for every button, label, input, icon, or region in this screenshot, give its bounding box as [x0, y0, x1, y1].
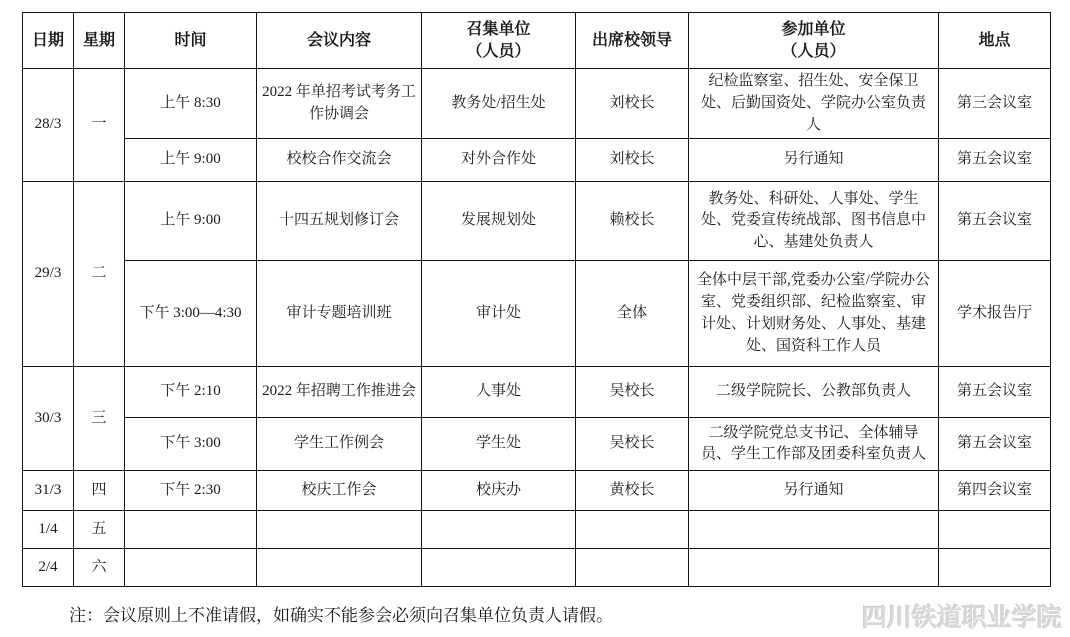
- cell-week: 四: [74, 471, 125, 511]
- cell-time: 上午 9:00: [125, 182, 257, 261]
- cell-week: 三: [74, 367, 125, 471]
- cell-participants: 二级学院党总支书记、全体辅导员、学生工作部及团委科室负责人: [689, 418, 939, 471]
- cell-meeting-content: 审计专题培训班: [257, 261, 422, 367]
- cell-convener: 对外合作处: [422, 139, 576, 182]
- cell-meeting-content: [257, 549, 422, 587]
- cell-meeting-content: 校校合作交流会: [257, 139, 422, 182]
- cell-participants: [689, 549, 939, 587]
- header-row: 日期 星期 时间 会议内容 召集单位 （人员） 出席校领导 参加单位 （人员） …: [23, 13, 1051, 69]
- cell-participants: 另行通知: [689, 471, 939, 511]
- cell-time: [125, 511, 257, 549]
- cell-leader: [576, 549, 689, 587]
- footnote: 注：会议原则上不准请假，如确实不能参会必须向召集单位负责人请假。: [69, 601, 613, 626]
- column-header-location: 地点: [939, 13, 1051, 69]
- table-row: 2/4 六: [23, 549, 1051, 587]
- cell-convener: 学生处: [422, 418, 576, 471]
- table-row: 29/3 二 上午 9:00 十四五规划修订会 发展规划处 赖校长 教务处、科研…: [23, 182, 1051, 261]
- cell-leader: 全体: [576, 261, 689, 367]
- column-header-date: 日期: [23, 13, 74, 69]
- cell-convener: [422, 549, 576, 587]
- cell-date: 30/3: [23, 367, 74, 471]
- cell-participants: 另行通知: [689, 139, 939, 182]
- cell-convener: 教务处/招生处: [422, 69, 576, 139]
- cell-leader: 吴校长: [576, 418, 689, 471]
- cell-meeting-content: 2022 年招聘工作推进会: [257, 367, 422, 418]
- cell-time: 下午 2:10: [125, 367, 257, 418]
- cell-convener: [422, 511, 576, 549]
- schedule-table-container: 日期 星期 时间 会议内容 召集单位 （人员） 出席校领导 参加单位 （人员） …: [22, 12, 1051, 587]
- meeting-schedule-page: 日期 星期 时间 会议内容 召集单位 （人员） 出席校领导 参加单位 （人员） …: [0, 0, 1070, 637]
- cell-leader: 刘校长: [576, 139, 689, 182]
- table-row: 30/3 三 下午 2:10 2022 年招聘工作推进会 人事处 吴校长 二级学…: [23, 367, 1051, 418]
- table-row: 1/4 五: [23, 511, 1051, 549]
- cell-leader: [576, 511, 689, 549]
- cell-meeting-content: 2022 年单招考试考务工作协调会: [257, 69, 422, 139]
- cell-leader: 赖校长: [576, 182, 689, 261]
- cell-convener: 人事处: [422, 367, 576, 418]
- cell-location: [939, 511, 1051, 549]
- cell-time: 上午 8:30: [125, 69, 257, 139]
- column-header-time: 时间: [125, 13, 257, 69]
- column-header-leader: 出席校领导: [576, 13, 689, 69]
- cell-convener: 校庆办: [422, 471, 576, 511]
- cell-participants: [689, 511, 939, 549]
- cell-week: 二: [74, 182, 125, 367]
- cell-meeting-content: 校庆工作会: [257, 471, 422, 511]
- table-row: 下午 3:00 学生工作例会 学生处 吴校长 二级学院党总支书记、全体辅导员、学…: [23, 418, 1051, 471]
- cell-location: 第五会议室: [939, 418, 1051, 471]
- cell-leader: 黄校长: [576, 471, 689, 511]
- cell-week: 六: [74, 549, 125, 587]
- cell-date: 29/3: [23, 182, 74, 367]
- column-header-convener: 召集单位 （人员）: [422, 13, 576, 69]
- cell-participants: 教务处、科研处、人事处、学生处、党委宣传统战部、图书信息中心、基建处负责人: [689, 182, 939, 261]
- cell-date: 2/4: [23, 549, 74, 587]
- column-header-week: 星期: [74, 13, 125, 69]
- column-header-content: 会议内容: [257, 13, 422, 69]
- cell-convener: 发展规划处: [422, 182, 576, 261]
- cell-location: 第五会议室: [939, 139, 1051, 182]
- watermark: 四川铁道职业学院: [862, 598, 1062, 634]
- cell-location: 第五会议室: [939, 367, 1051, 418]
- cell-time: 下午 2:30: [125, 471, 257, 511]
- cell-week: 五: [74, 511, 125, 549]
- cell-location: 第三会议室: [939, 69, 1051, 139]
- cell-date: 31/3: [23, 471, 74, 511]
- cell-meeting-content: 十四五规划修订会: [257, 182, 422, 261]
- cell-location: 第四会议室: [939, 471, 1051, 511]
- cell-location: 第五会议室: [939, 182, 1051, 261]
- cell-convener: 审计处: [422, 261, 576, 367]
- cell-meeting-content: 学生工作例会: [257, 418, 422, 471]
- cell-location: [939, 549, 1051, 587]
- table-row: 31/3 四 下午 2:30 校庆工作会 校庆办 黄校长 另行通知 第四会议室: [23, 471, 1051, 511]
- cell-time: 下午 3:00: [125, 418, 257, 471]
- cell-time: 上午 9:00: [125, 139, 257, 182]
- cell-meeting-content: [257, 511, 422, 549]
- cell-location: 学术报告厅: [939, 261, 1051, 367]
- meeting-schedule-table: 日期 星期 时间 会议内容 召集单位 （人员） 出席校领导 参加单位 （人员） …: [22, 12, 1051, 587]
- cell-date: 1/4: [23, 511, 74, 549]
- cell-week: 一: [74, 69, 125, 182]
- cell-leader: 刘校长: [576, 69, 689, 139]
- cell-participants: 全体中层干部,党委办公室/学院办公室、党委组织部、纪检监察室、审计处、计划财务处…: [689, 261, 939, 367]
- table-row: 上午 9:00 校校合作交流会 对外合作处 刘校长 另行通知 第五会议室: [23, 139, 1051, 182]
- table-row: 下午 3:00—4:30 审计专题培训班 审计处 全体 全体中层干部,党委办公室…: [23, 261, 1051, 367]
- cell-leader: 吴校长: [576, 367, 689, 418]
- cell-date: 28/3: [23, 69, 74, 182]
- column-header-participants: 参加单位 （人员）: [689, 13, 939, 69]
- cell-time: 下午 3:00—4:30: [125, 261, 257, 367]
- cell-participants: 二级学院院长、公教部负责人: [689, 367, 939, 418]
- table-row: 28/3 一 上午 8:30 2022 年单招考试考务工作协调会 教务处/招生处…: [23, 69, 1051, 139]
- cell-time: [125, 549, 257, 587]
- cell-participants: 纪检监察室、招生处、安全保卫处、后勤国资处、学院办公室负责人: [689, 69, 939, 139]
